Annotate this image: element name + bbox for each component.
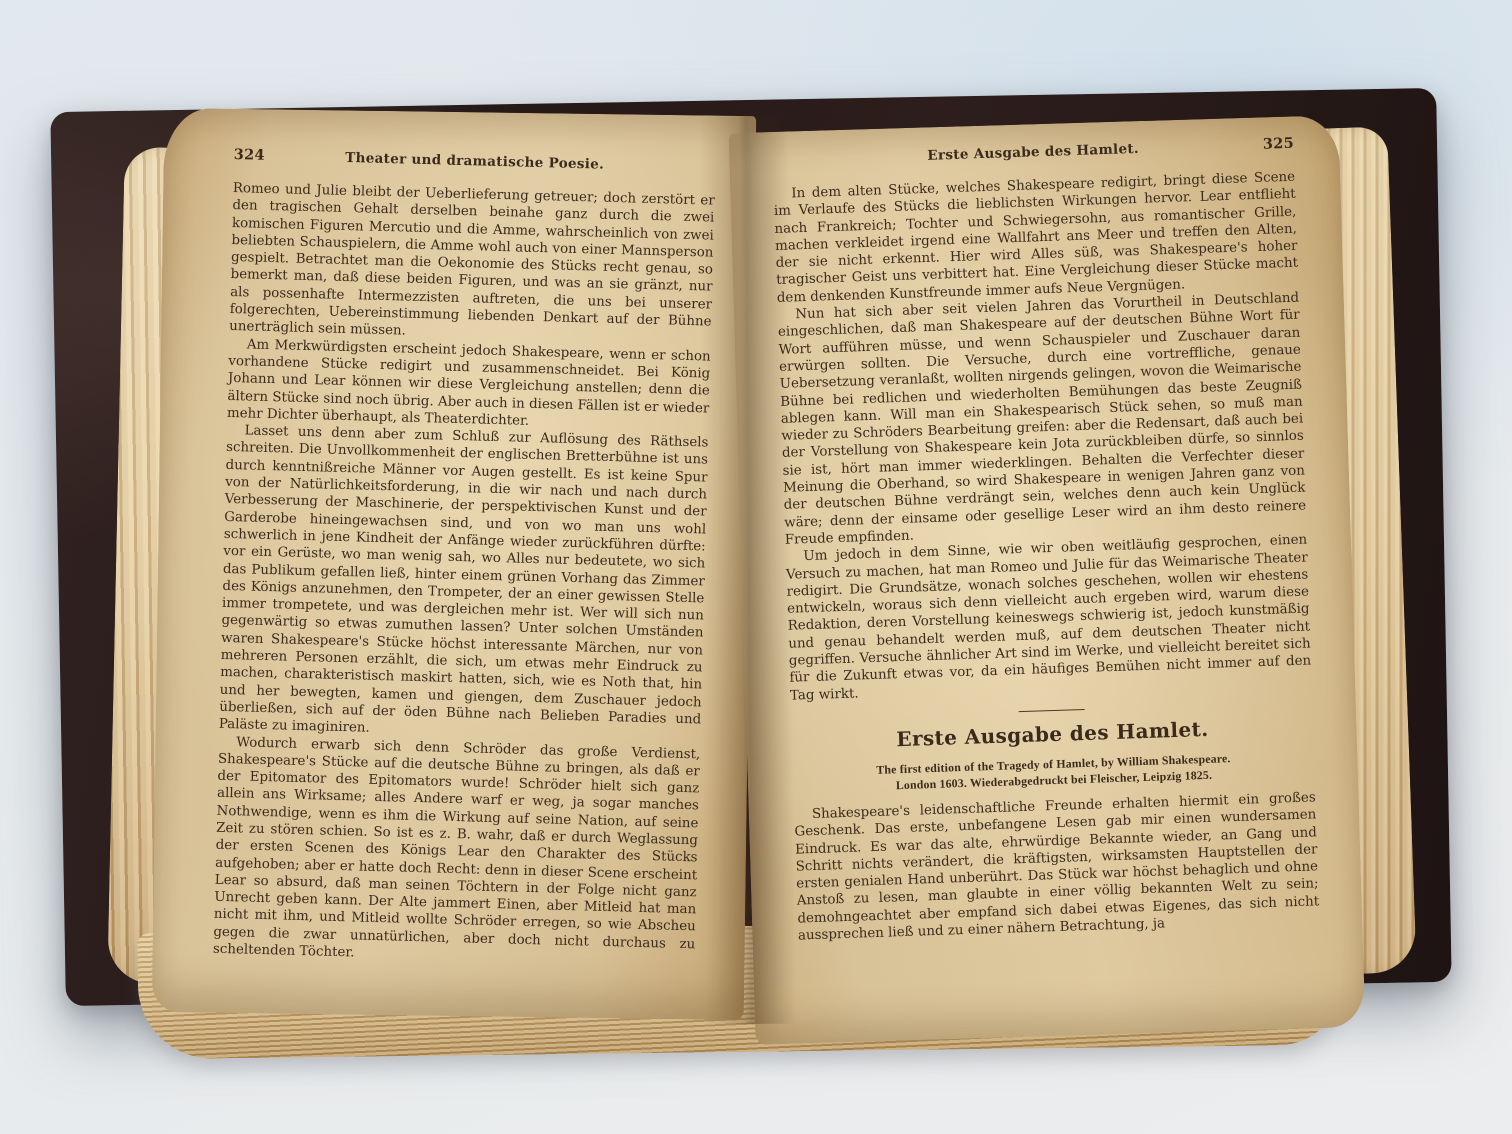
paragraph: In dem alten Stücke, welches Shakespeare… bbox=[773, 169, 1299, 307]
right-page-content: Erste Ausgabe des Hamlet. 325 In dem alt… bbox=[772, 135, 1320, 945]
left-page-number: 324 bbox=[234, 146, 296, 165]
right-page-text: In dem alten Stücke, welches Shakespeare… bbox=[773, 169, 1312, 705]
paragraph: Romeo und Julie bleibt der Ueberlieferun… bbox=[229, 180, 715, 348]
paragraph: Um jedoch in dem Sinne, wie wir oben wei… bbox=[785, 532, 1312, 705]
paragraph: Nun hat sich aber seit vielen Jahren das… bbox=[777, 290, 1307, 549]
left-page-text: Romeo und Julie bleibt der Ueberlieferun… bbox=[213, 180, 715, 971]
section-divider bbox=[1019, 709, 1085, 712]
header-spacer bbox=[772, 163, 834, 165]
left-page-content: 324 Theater und dramatische Poesie. Rome… bbox=[213, 146, 716, 971]
book-photo: 324 Theater und dramatische Poesie. Rome… bbox=[0, 0, 1512, 1134]
section-title: Erste Ausgabe des Hamlet. bbox=[791, 713, 1314, 754]
paragraph: Lasset uns denn aber zum Schluß zur Aufl… bbox=[219, 422, 709, 746]
paragraph: Am Merkwürdigsten erscheint jedoch Shake… bbox=[227, 336, 711, 435]
right-page-number: 325 bbox=[1232, 135, 1295, 154]
paragraph: Shakespeare's leidenschaftliche Freunde … bbox=[794, 789, 1320, 945]
header-spacer bbox=[654, 170, 716, 172]
photo-background: { "colors": { "background-top": "#e4ebf1… bbox=[0, 0, 1512, 1134]
paragraph: Wodurch erwarb sich denn Schröder das gr… bbox=[213, 733, 701, 970]
section-text: Shakespeare's leidenschaftliche Freunde … bbox=[794, 789, 1320, 945]
